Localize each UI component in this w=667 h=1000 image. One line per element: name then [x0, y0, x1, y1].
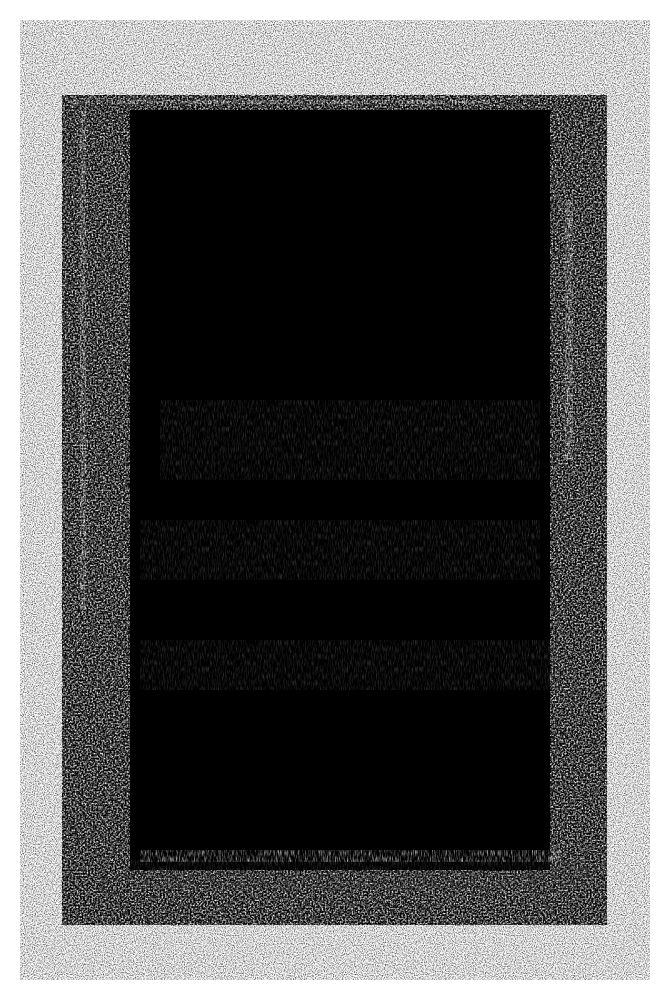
gray-streak: [160, 400, 540, 480]
white-scratch: [70, 100, 490, 104]
white-scratch: [80, 110, 86, 610]
gray-streak: [140, 640, 560, 690]
white-scratch: [565, 200, 573, 460]
solid-core: [130, 110, 550, 870]
white-scratch: [140, 850, 560, 862]
grunge-texture-image: Grunge distressed black rectangular fram…: [0, 0, 667, 1000]
gray-streak: [140, 520, 540, 580]
image-description: Grunge distressed black rectangular fram…: [0, 0, 1, 1]
gray-streak: [130, 860, 590, 890]
